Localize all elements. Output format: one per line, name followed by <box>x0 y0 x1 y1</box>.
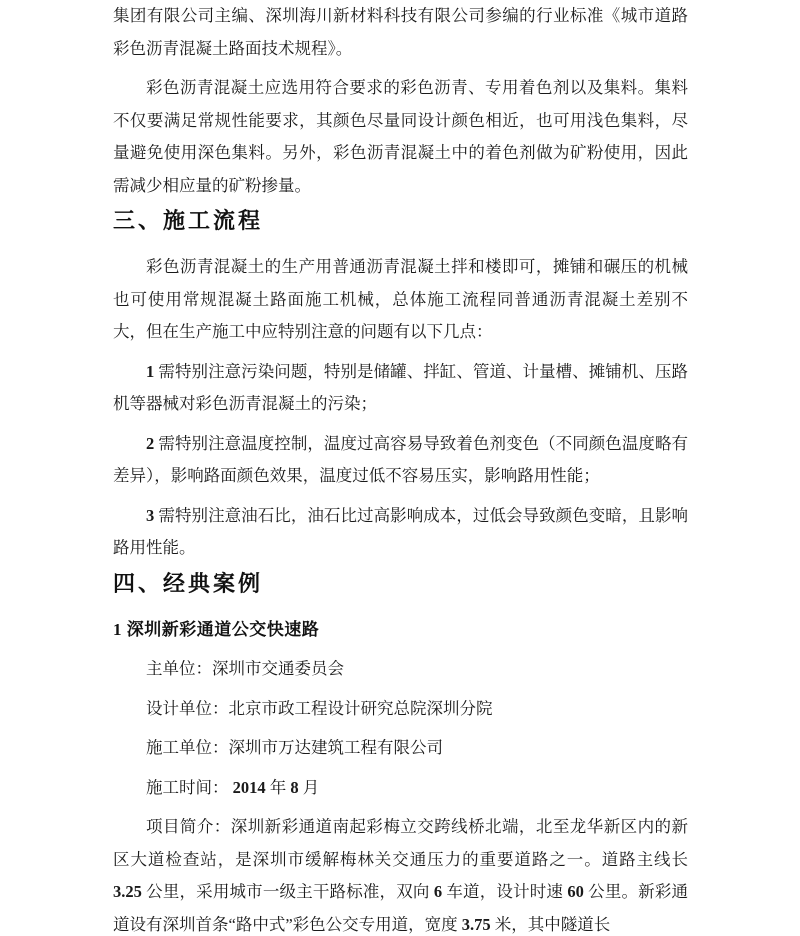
section-heading-classic-cases: 四、经典案例 <box>113 566 688 602</box>
case-intro-paragraph: 项目简介：深圳新彩通道南起彩梅立交跨线桥北端，北至龙华新区内的新区大道检查站，是… <box>113 811 688 936</box>
continuation-paragraph: 集团有限公司主编、深圳海川新材料科技有限公司参编的行业标准《城市道路彩色沥青混凝… <box>113 0 688 65</box>
case-designer-line: 设计单位：北京市政工程设计研究总院深圳分院 <box>113 693 688 726</box>
case-builder-line: 施工单位：深圳市万达建筑工程有限公司 <box>113 732 688 765</box>
construction-note-item: 2 需特别注意温度控制，温度过高容易导致着色剂变色（不同颜色温度略有差异），影响… <box>113 428 688 493</box>
document-page: 集团有限公司主编、深圳海川新材料科技有限公司参编的行业标准《城市道路彩色沥青混凝… <box>0 0 800 936</box>
construction-note-item: 1 需特别注意污染问题，特别是储罐、拌缸、管道、计量槽、摊铺机、压路机等器械对彩… <box>113 356 688 421</box>
case-owner-line: 主单位：深圳市交通委员会 <box>113 653 688 686</box>
materials-paragraph: 彩色沥青混凝土应选用符合要求的彩色沥青、专用着色剂以及集料。集料不仅要满足常规性… <box>113 72 688 202</box>
construction-intro-paragraph: 彩色沥青混凝土的生产用普通沥青混凝土拌和楼即可，摊铺和碾压的机械也可使用常规混凝… <box>113 251 688 349</box>
section-heading-construction-process: 三、施工流程 <box>113 203 688 239</box>
case-title: 1 深圳新彩通道公交快速路 <box>113 614 688 647</box>
case-time-line: 施工时间： 2014 年 8 月 <box>113 772 688 805</box>
construction-note-item: 3 需特别注意油石比，油石比过高影响成本，过低会导致颜色变暗，且影响路用性能。 <box>113 500 688 565</box>
